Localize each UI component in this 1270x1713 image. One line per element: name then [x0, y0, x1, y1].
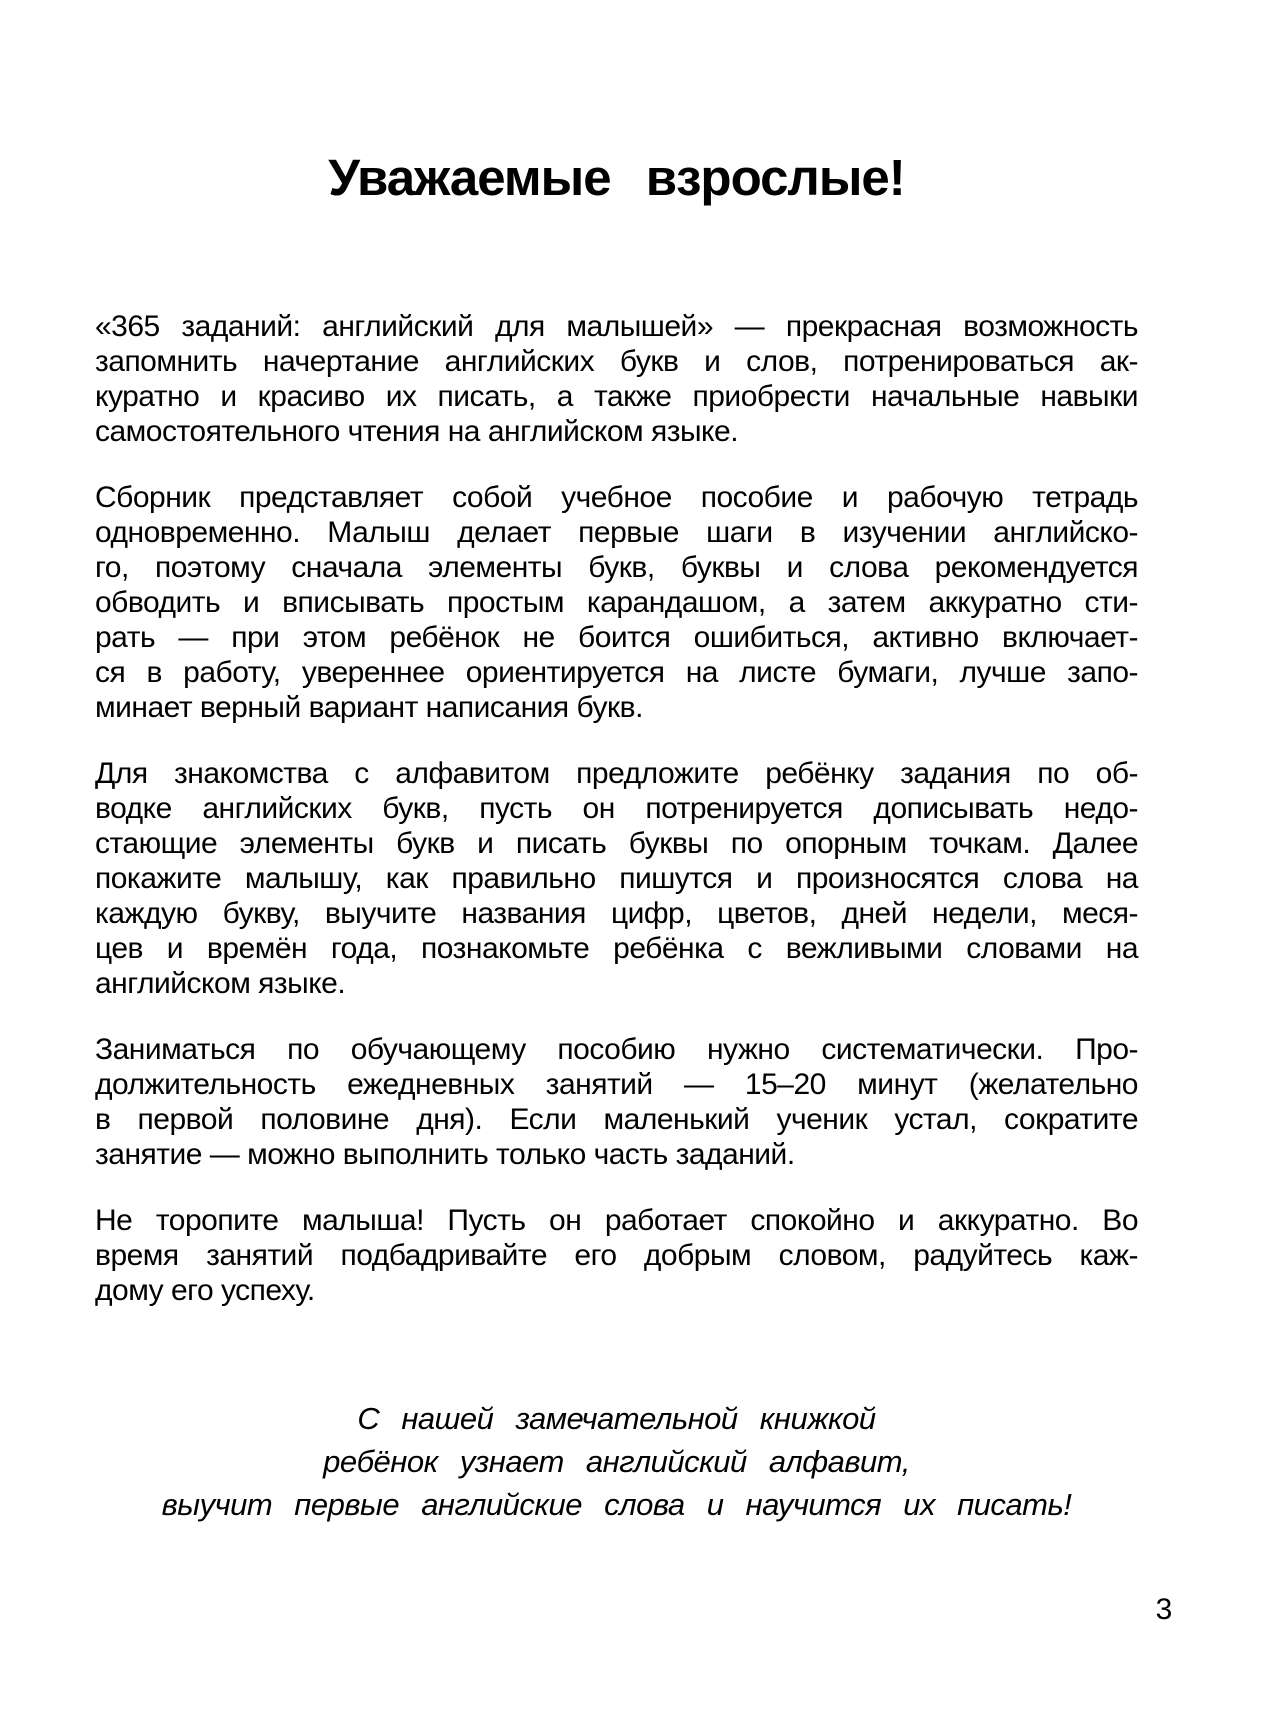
closing-line: С нашей замечательной книжкой [95, 1397, 1138, 1440]
text-line: время занятий подбадривайте его добрым с… [95, 1238, 1138, 1273]
text-line: обводить и вписывать простым карандашом,… [95, 585, 1138, 620]
text-line: ся в работу, увереннее ориентируется на … [95, 655, 1138, 690]
closing-line: выучит первые английские слова и научитс… [95, 1483, 1138, 1526]
text-line: занятие — можно выполнить только часть з… [95, 1137, 1138, 1172]
text-line: «365 заданий: английский для малышей» — … [95, 309, 1138, 344]
page-number: 3 [1134, 1593, 1194, 1627]
paragraph-about-book: Сборник представляет собой учебное пособ… [95, 480, 1138, 725]
closing-block: С нашей замечательной книжкой ребёнок уз… [95, 1397, 1138, 1526]
paragraph-intro: «365 заданий: английский для малышей» — … [95, 309, 1138, 449]
page-content: «365 заданий: английский для малышей» — … [95, 206, 1138, 1526]
text-line: Заниматься по обучающему пособию нужно с… [95, 1032, 1138, 1067]
text-line: куратно и красиво их писать, а также при… [95, 379, 1138, 414]
text-line: запомнить начертание английских букв и с… [95, 344, 1138, 379]
text-line: Для знакомства с алфавитом предложите ре… [95, 756, 1138, 791]
text-line: покажите малышу, как правильно пишутся и… [95, 861, 1138, 896]
text-line: цев и времён года, познакомьте ребёнка с… [95, 931, 1138, 966]
text-line: рать — при этом ребёнок не боится ошибит… [95, 620, 1138, 655]
text-line: стающие элементы букв и писать буквы по … [95, 826, 1138, 861]
book-page: Уважаемые взрослые! «365 заданий: англий… [0, 0, 1270, 1713]
paragraph-alphabet: Для знакомства с алфавитом предложите ре… [95, 756, 1138, 1001]
text-line: должительность ежедневных занятий — 15–2… [95, 1067, 1138, 1102]
text-line: Не торопите малыша! Пусть он работает сп… [95, 1203, 1138, 1238]
text-line: го, поэтому сначала элементы букв, буквы… [95, 550, 1138, 585]
paragraph-schedule: Заниматься по обучающему пособию нужно с… [95, 1032, 1138, 1172]
text-line: дому его успеху. [95, 1273, 1138, 1308]
page-title: Уважаемые взрослые! [95, 0, 1138, 206]
text-line: каждую букву, выучите названия цифр, цве… [95, 896, 1138, 931]
text-line: английском языке. [95, 966, 1138, 1001]
paragraph-encouragement: Не торопите малыша! Пусть он работает сп… [95, 1203, 1138, 1308]
text-line: самостоятельного чтения на английском яз… [95, 414, 1138, 449]
text-line: в первой половине дня). Если маленький у… [95, 1102, 1138, 1137]
text-line: водке английских букв, пусть он потренир… [95, 791, 1138, 826]
text-line: минает верный вариант написания букв. [95, 690, 1138, 725]
text-line: Сборник представляет собой учебное пособ… [95, 480, 1138, 515]
text-line: одновременно. Малыш делает первые шаги в… [95, 515, 1138, 550]
closing-line: ребёнок узнает английский алфавит, [95, 1440, 1138, 1483]
